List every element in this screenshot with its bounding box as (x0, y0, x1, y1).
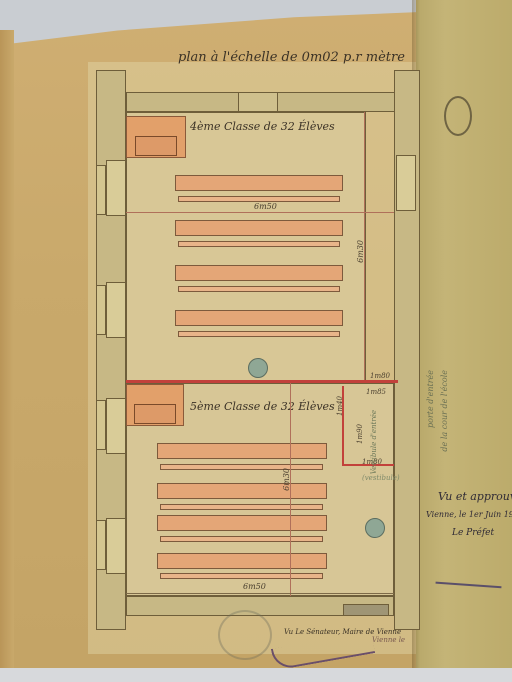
stamp-note: Vienne le (372, 636, 405, 644)
desk-row (175, 175, 343, 191)
right-outer-wall (394, 70, 420, 630)
approval-text: Vu et approuvé (438, 490, 512, 503)
window-left-1-reveal (106, 160, 126, 216)
bench-row (178, 331, 340, 337)
width-dimension-line-room-4 (126, 212, 394, 213)
width-dimension-line-room-5 (126, 593, 394, 594)
faded-stamp (218, 610, 272, 660)
vestibule-dim-1: 1m80 (370, 372, 390, 380)
vestibule-label: Vestibule d'entrée (370, 410, 378, 474)
approval-role: Le Préfet (452, 528, 494, 538)
stove-room-5-inner (134, 404, 176, 424)
paper-left-edge (0, 30, 14, 670)
desk-row (175, 310, 343, 326)
vestibule-dim-4: 1m90 (356, 424, 364, 444)
vestibule-partition (342, 386, 394, 466)
desk-row (157, 515, 327, 531)
window-left-4 (96, 520, 106, 570)
desk-row (175, 220, 343, 236)
depth-dimension-room-5: 6m30 (282, 468, 291, 491)
vestibule-dim-5: 1m40 (336, 396, 344, 416)
bench-row (178, 286, 340, 292)
bench-row (160, 536, 323, 542)
window-left-3 (96, 400, 106, 450)
vestibule-floor-note: (vestibule) (362, 474, 400, 482)
top-wall-opening (238, 92, 278, 112)
scale-title: plan à l'échelle de 0m02 p.r mètre (178, 50, 405, 65)
window-left-1 (96, 165, 106, 215)
stovepipe-room-4 (248, 358, 268, 378)
bench-row (160, 504, 323, 510)
depth-dimension-room-4: 6m30 (356, 240, 365, 263)
width-dimension-room-4: 6m50 (254, 202, 277, 211)
desk-row (157, 553, 327, 569)
entrance-note-2: de la cour de l'école (440, 370, 449, 452)
window-left-4-reveal (106, 518, 126, 574)
stovepipe-room-5 (365, 518, 385, 538)
window-left-2-reveal (106, 282, 126, 338)
entrance-note: porte d'entrée (426, 370, 435, 428)
stove-room-4-inner (135, 136, 177, 156)
desk-row (157, 443, 327, 459)
bench-row (160, 573, 323, 579)
bench-row (178, 241, 340, 247)
window-left-3-reveal (106, 398, 126, 454)
vestibule-dim-2: 1m85 (366, 388, 386, 396)
classroom-5-label: 5ème Classe de 32 Élèves (190, 400, 335, 413)
official-stamp (444, 96, 472, 136)
classroom-4-label: 4ème Classe de 32 Élèves (190, 120, 335, 133)
bottom-wall-step (343, 604, 389, 616)
desk-row (175, 265, 343, 281)
architect-note: Vu Le Sénateur, Maire de Vienne (284, 628, 401, 636)
approval-place-date: Vienne, le 1er Juin 1904 (426, 510, 512, 519)
window-left-2 (96, 285, 106, 335)
desk-row (157, 483, 327, 499)
table-surface (0, 668, 512, 682)
window-right-1 (396, 155, 416, 211)
width-dimension-room-5: 6m50 (243, 582, 266, 591)
bench-row (160, 464, 323, 470)
